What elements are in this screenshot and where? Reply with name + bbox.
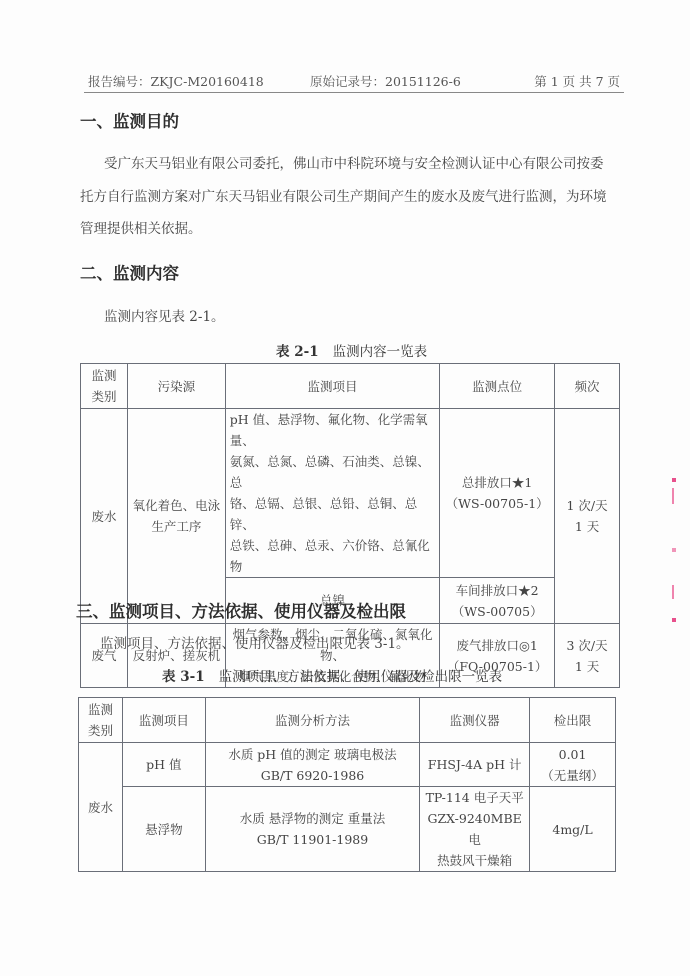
header-frequency: 频次: [555, 364, 620, 409]
cell-items: pH 值、悬浮物、氟化物、化学需氧量、氨氮、总氮、总磷、石油类、总镍、总铬、总镉…: [225, 409, 440, 578]
section-1-line-3: 管理提供相关依据。: [80, 217, 202, 237]
table-header-row: 监测类别 监测项目 监测分析方法 监测仪器 检出限: [79, 698, 616, 743]
header-category: 监测类别: [81, 364, 128, 409]
page-indicator: 第 1 页 共 7 页: [534, 72, 620, 90]
seal-stamp-mark: [672, 618, 676, 622]
cell-category: 废水: [79, 743, 123, 872]
caption-number: 表 2-1: [276, 344, 319, 360]
table-row: 废水 pH 值 水质 pH 值的测定 玻璃电极法GB/T 6920-1986 F…: [79, 743, 616, 787]
seal-stamp-mark: [672, 548, 676, 552]
table-3-1-caption: 表 3-1监测项目、方法依据、使用仪器及检出限一览表: [162, 665, 502, 685]
section-1-title: 一、监测目的: [80, 108, 179, 132]
seal-stamp-mark: [672, 488, 674, 504]
header-limit: 检出限: [530, 698, 616, 743]
cell-frequency: 3 次/天1 天: [555, 624, 620, 688]
cell-point: 车间排放口★2（WS-00705）: [440, 578, 555, 624]
cell-method: 水质 pH 值的测定 玻璃电极法GB/T 6920-1986: [205, 743, 419, 787]
report-number: 报告编号：ZKJC-M20160418: [88, 72, 264, 90]
caption-number: 表 3-1: [162, 669, 205, 685]
cell-category: 废水: [81, 409, 128, 624]
cell-instrument: FHSJ-4A pH 计: [420, 743, 530, 787]
section-2-intro: 监测内容见表 2-1。: [104, 305, 225, 325]
record-number: 原始记录号：20151126-6: [310, 72, 461, 90]
header-category: 监测类别: [79, 698, 123, 743]
caption-text: 监测内容一览表: [333, 344, 428, 360]
cell-method: 水质 悬浮物的测定 重量法GB/T 11901-1989: [205, 787, 419, 872]
cell-limit: 4mg/L: [530, 787, 616, 872]
table-2-1-caption: 表 2-1监测内容一览表: [276, 340, 427, 360]
header-item: 监测项目: [122, 698, 205, 743]
table-row: 悬浮物 水质 悬浮物的测定 重量法GB/T 11901-1989 TP-114 …: [79, 787, 616, 872]
section-1-line-2: 托方自行监测方案对广东天马铝业有限公司生产期间产生的废水及废气进行监测，为环境: [80, 185, 607, 205]
section-3-title: 三、监测项目、方法依据、使用仪器及检出限: [76, 598, 406, 622]
cell-source: 氧化着色、电泳生产工序: [127, 409, 225, 624]
page-header: 报告编号：ZKJC-M20160418 原始记录号：20151126-6 第 1…: [84, 70, 624, 93]
cell-frequency: 1 次/天1 天: [555, 409, 620, 624]
header-instrument: 监测仪器: [420, 698, 530, 743]
cell-instrument: TP-114 电子天平GZX-9240MBE 电热鼓风干燥箱: [420, 787, 530, 872]
header-source: 污染源: [127, 364, 225, 409]
seal-stamp-mark: [672, 478, 676, 482]
section-2-title: 二、监测内容: [80, 260, 179, 284]
cell-item: pH 值: [122, 743, 205, 787]
section-3-intro: 监测项目、方法依据、使用仪器及检出限见表 3-1。: [100, 632, 410, 652]
cell-item: 悬浮物: [122, 787, 205, 872]
table-header-row: 监测类别 污染源 监测项目 监测点位 频次: [81, 364, 620, 409]
section-1-line-1: 受广东天马铝业有限公司委托，佛山市中科院环境与安全检测认证中心有限公司按委: [104, 152, 604, 172]
table-3-1: 监测类别 监测项目 监测分析方法 监测仪器 检出限 废水 pH 值 水质 pH …: [78, 697, 616, 872]
header-method: 监测分析方法: [205, 698, 419, 743]
table-row: 废水 氧化着色、电泳生产工序 pH 值、悬浮物、氟化物、化学需氧量、氨氮、总氮、…: [81, 409, 620, 578]
header-point: 监测点位: [440, 364, 555, 409]
caption-text: 监测项目、方法依据、使用仪器及检出限一览表: [219, 669, 503, 685]
header-items: 监测项目: [225, 364, 440, 409]
cell-point: 总排放口★1（WS-00705-1）: [440, 409, 555, 578]
seal-stamp-mark: [672, 585, 674, 599]
cell-limit: 0.01（无量纲）: [530, 743, 616, 787]
